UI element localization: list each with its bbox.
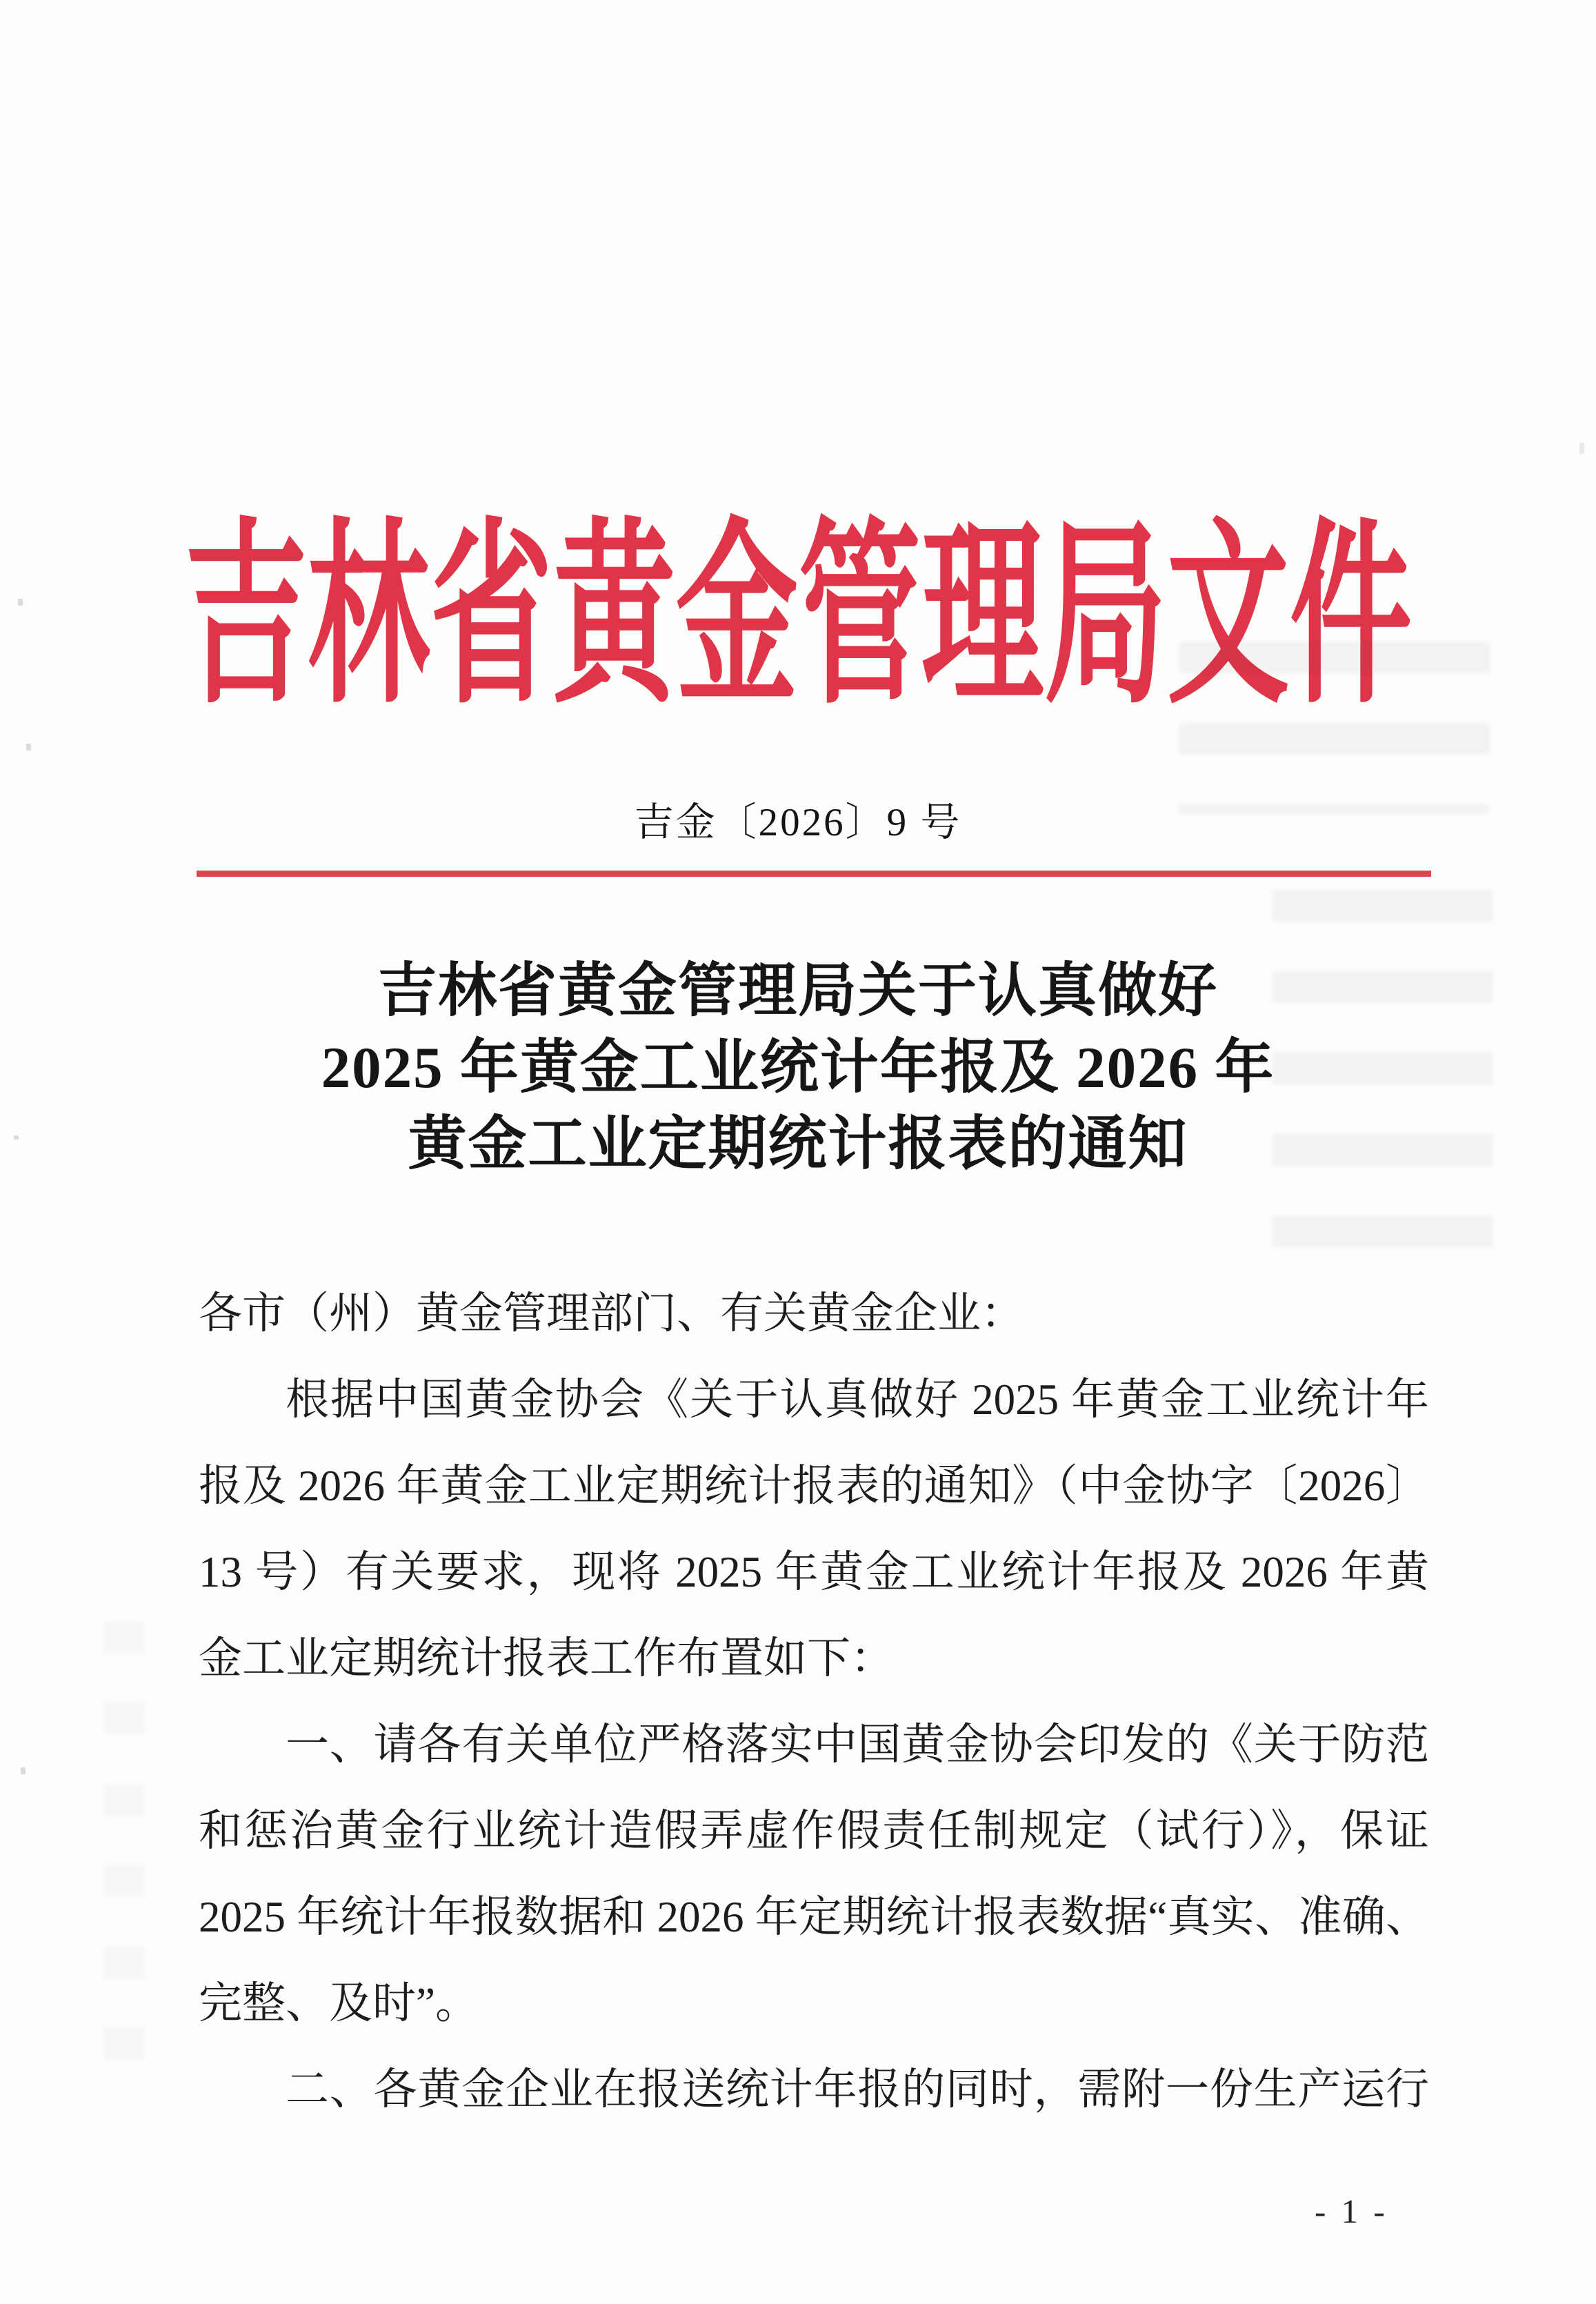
page-number: - 1 - xyxy=(1315,2192,1388,2231)
red-divider-rule xyxy=(197,871,1431,877)
body-line: 二、各黄金企业在报送统计年报的同时，需附一份生产运行 xyxy=(199,2047,1429,2133)
document-title-line-1: 吉林省黄金管理局关于认真做好 xyxy=(0,953,1596,1030)
document-body: 各市（州）黄金管理部门、有关黄金企业： 根据中国黄金协会《关于认真做好 2025… xyxy=(199,1271,1429,2133)
body-line: 一、请各有关单位严格落实中国黄金协会印发的《关于防范 xyxy=(199,1702,1429,1788)
scan-speck xyxy=(1579,443,1584,454)
body-line: 报及 2026 年黄金工业定期统计报表的通知》（中金协字〔2026〕 xyxy=(199,1443,1429,1529)
document-number: 吉金〔2026〕9 号 xyxy=(0,799,1596,847)
body-line: 金工业定期统计报表工作布置如下： xyxy=(199,1616,1429,1702)
scan-speck xyxy=(26,744,31,751)
scan-speck xyxy=(21,1767,26,1774)
document-title-line-3: 黄金工业定期统计报表的通知 xyxy=(0,1106,1596,1183)
body-line: 13 号）有关要求，现将 2025 年黄金工业统计年报及 2026 年黄 xyxy=(199,1529,1429,1616)
body-salutation: 各市（州）黄金管理部门、有关黄金企业： xyxy=(199,1271,1429,1357)
scanned-document-page: 吉林省黄金管理局文件 吉金〔2026〕9 号 吉林省黄金管理局关于认真做好 20… xyxy=(0,0,1596,2304)
scan-artifact xyxy=(103,1621,145,2104)
body-line: 2025 年统计年报数据和 2026 年定期统计报表数据“真实、准确、 xyxy=(199,1874,1429,1960)
document-title: 吉林省黄金管理局关于认真做好 2025 年黄金工业统计年报及 2026 年 黄金… xyxy=(0,953,1596,1183)
body-line: 完整、及时”。 xyxy=(199,1960,1429,2047)
body-line: 和惩治黄金行业统计造假弄虚作假责任制规定（试行）》，保证 xyxy=(199,1788,1429,1874)
body-line: 根据中国黄金协会《关于认真做好 2025 年黄金工业统计年 xyxy=(199,1357,1429,1443)
letterhead-org-title: 吉林省黄金管理局文件 xyxy=(181,519,1417,717)
document-title-line-2: 2025 年黄金工业统计年报及 2026 年 xyxy=(0,1030,1596,1106)
scan-speck xyxy=(18,599,23,606)
